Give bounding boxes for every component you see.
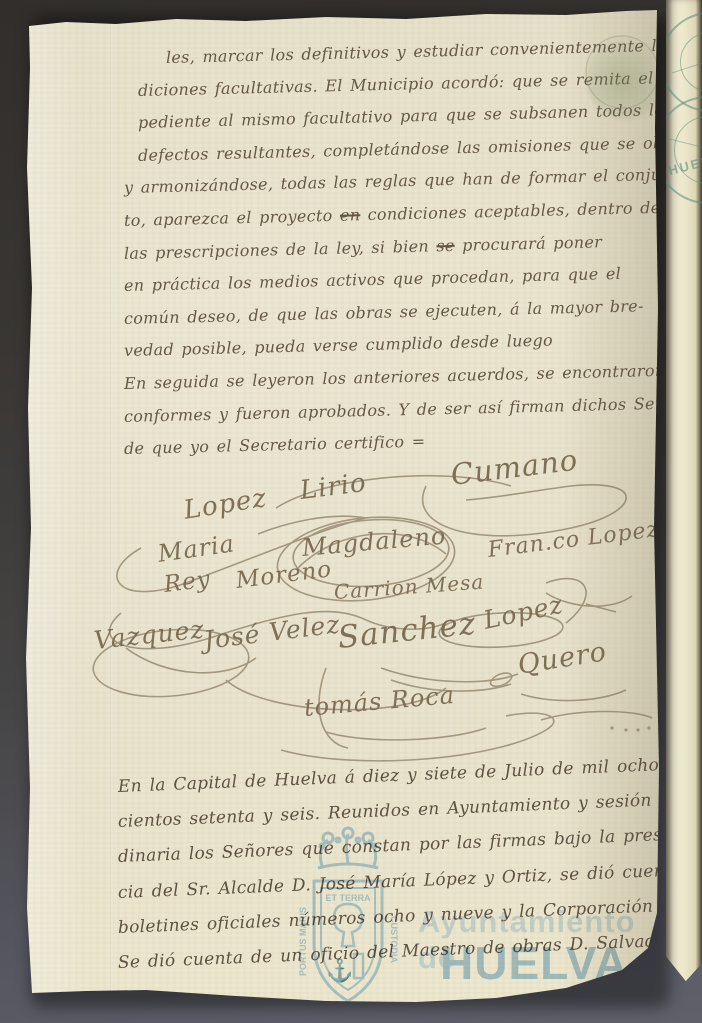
scanned-document-screenshot: les, marcar los definitivos y estudiar c… [0,0,702,1023]
signature-maria: Maria [156,529,236,567]
round-stamp-bottom [666,96,702,204]
faint-stamp [586,36,664,120]
signature-tomas-roca: tomás Roca [303,681,456,722]
signature-sanchez: Sanchez [336,606,478,656]
fold-crease [110,8,114,1004]
signature-carrion-mesa: Carrion Mesa [333,570,485,604]
signature-lirio: Lirio [298,468,368,506]
signature-moreno: Moreno [234,556,333,594]
paragraph-sesion: En la Capital de Huelva á diez y siete d… [118,770,702,981]
manuscript-page: les, marcar los definitivos y estudiar c… [26,8,660,1004]
signature-francisco-lopez: Fran.co Lopez [486,517,660,563]
struck-word: en [340,205,361,224]
signature-jose-velez: José Velez [202,609,342,655]
signature-rey: Rey [162,566,212,598]
signature-magdaleno: Magdaleno [301,521,448,562]
signature-lopez-2: Lopez [481,590,566,635]
signature-quero: Quero [516,636,609,681]
struck-word: se [436,235,455,254]
facing-page-edge: HUEL [666,0,702,988]
signature-lopez-1: Lopez [182,483,269,526]
